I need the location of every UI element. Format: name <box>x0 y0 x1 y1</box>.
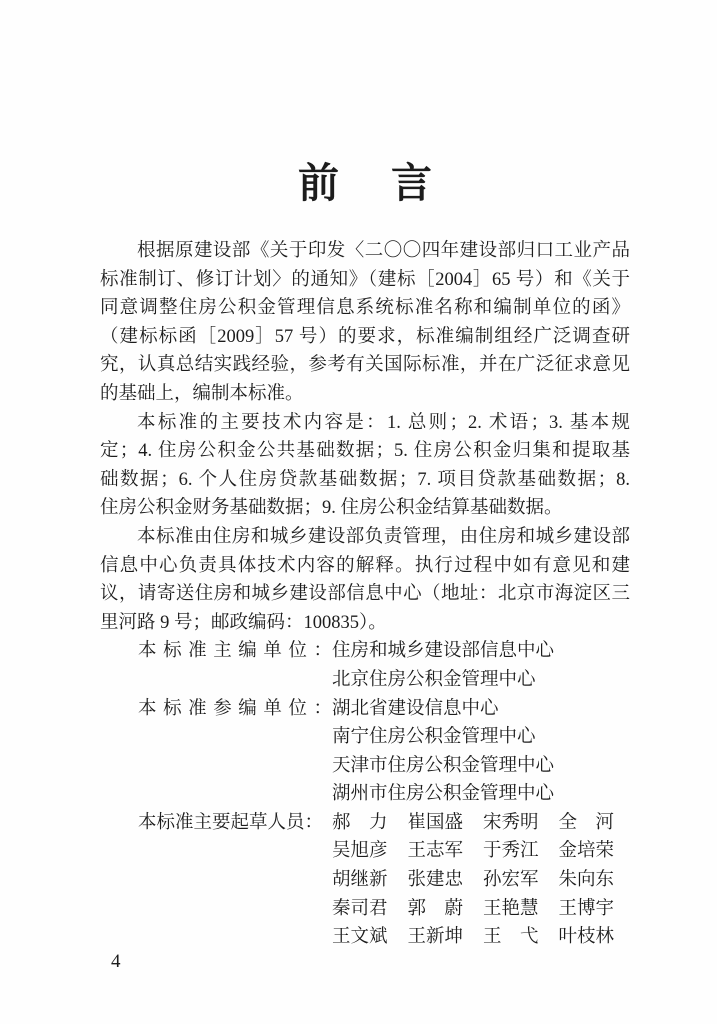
paragraph-line: 里河路 9 号；邮政编码：100835）。 <box>100 609 630 638</box>
drafter-name: 王志军 <box>407 837 463 866</box>
drafter-name: 王艳慧 <box>483 895 539 924</box>
credit-values: 住房和城乡建设部信息中心北京住房公积金管理中心 <box>332 637 630 694</box>
paragraph: 根据原建设部《关于印发〈二〇〇四年建设部归口工业产品标准制订、修订计划〉的通知》… <box>100 237 630 409</box>
paragraph: 本标准的主要技术内容是：1. 总则；2. 术语；3. 基本规定；4. 住房公积金… <box>100 409 630 523</box>
credit-entry: 南宁住房公积金管理中心 <box>332 723 630 752</box>
drafter-name: 王新坤 <box>407 923 463 952</box>
credit-label: 本标准主编单位： <box>138 637 332 666</box>
credit-label: 本标准主要起草人员： <box>138 809 332 838</box>
drafter-name: 于秀江 <box>483 837 539 866</box>
drafter-name: 叶枝林 <box>558 923 614 952</box>
credit-row: 本标准主要起草人员：郝 力崔国盛宋秀明全 河吴旭彦王志军于秀江金培荣胡继新张建忠… <box>138 809 630 952</box>
paragraph-line: 同意调整住房公积金管理信息系统标准名称和编制单位的函》 <box>100 294 630 323</box>
drafter-name: 郝 力 <box>332 809 388 838</box>
title-char-first: 前 <box>298 150 339 209</box>
credit-entry: 天津市住房公积金管理中心 <box>332 752 630 781</box>
paragraph: 本标准由住房和城乡建设部负责管理，由住房和城乡建设部信息中心负责具体技术内容的解… <box>100 523 630 637</box>
drafter-name: 王博宇 <box>558 895 614 924</box>
credits-section: 本标准主编单位：住房和城乡建设部信息中心北京住房公积金管理中心本标准参编单位：湖… <box>100 637 630 952</box>
paragraph-line: 本标准的主要技术内容是：1. 总则；2. 术语；3. 基本规 <box>100 409 630 438</box>
drafter-name: 秦司君 <box>332 895 388 924</box>
paragraph-line: 的基础上，编制本标准。 <box>100 380 630 409</box>
credit-values: 郝 力崔国盛宋秀明全 河吴旭彦王志军于秀江金培荣胡继新张建忠孙宏军朱向东秦司君郭… <box>332 809 630 952</box>
drafter-name-row: 王文斌王新坤王 弋叶枝林 <box>332 923 614 952</box>
drafter-name: 崔国盛 <box>407 809 463 838</box>
credit-values: 湖北省建设信息中心南宁住房公积金管理中心天津市住房公积金管理中心湖州市住房公积金… <box>332 695 630 809</box>
paragraph-line: 定；4. 住房公积金公共基础数据；5. 住房公积金归集和提取基 <box>100 437 630 466</box>
drafter-name: 金培荣 <box>558 837 614 866</box>
credit-label: 本标准参编单位： <box>138 695 332 724</box>
document-page: 前 言 根据原建设部《关于印发〈二〇〇四年建设部归口工业产品标准制订、修订计划〉… <box>0 0 717 1024</box>
paragraph-line: 本标准由住房和城乡建设部负责管理，由住房和城乡建设部 <box>100 523 630 552</box>
drafter-name-row: 吴旭彦王志军于秀江金培荣 <box>332 837 614 866</box>
drafter-name-row: 胡继新张建忠孙宏军朱向东 <box>332 866 614 895</box>
drafter-name: 王文斌 <box>332 923 388 952</box>
drafter-name: 宋秀明 <box>483 809 539 838</box>
drafter-name: 王 弋 <box>483 923 539 952</box>
drafter-name: 朱向东 <box>558 866 614 895</box>
drafter-name: 孙宏军 <box>483 866 539 895</box>
credit-entry: 北京住房公积金管理中心 <box>332 666 630 695</box>
paragraph-line: 究，认真总结实践经验，参考有关国际标准，并在广泛征求意见 <box>100 351 630 380</box>
credit-row: 本标准参编单位：湖北省建设信息中心南宁住房公积金管理中心天津市住房公积金管理中心… <box>138 695 630 809</box>
drafter-name: 全 河 <box>558 809 614 838</box>
paragraph-line: 标准制订、修订计划〉的通知》（建标［2004］65 号）和《关于 <box>100 266 630 295</box>
credit-entry: 住房和城乡建设部信息中心 <box>332 637 630 666</box>
drafter-name-row: 郝 力崔国盛宋秀明全 河 <box>332 809 614 838</box>
credit-entry: 湖北省建设信息中心 <box>332 695 630 724</box>
paragraph-line: 根据原建设部《关于印发〈二〇〇四年建设部归口工业产品 <box>100 237 630 266</box>
credit-row: 本标准主编单位：住房和城乡建设部信息中心北京住房公积金管理中心 <box>138 637 630 694</box>
paragraph-line: 住房公积金财务基础数据；9. 住房公积金结算基础数据。 <box>100 494 630 523</box>
foreword-body: 根据原建设部《关于印发〈二〇〇四年建设部归口工业产品标准制订、修订计划〉的通知》… <box>100 237 630 952</box>
drafter-name: 胡继新 <box>332 866 388 895</box>
paragraph-line: 信息中心负责具体技术内容的解释。执行过程中如有意见和建 <box>100 552 630 581</box>
paragraph-line: 议，请寄送住房和城乡建设部信息中心（地址：北京市海淀区三 <box>100 580 630 609</box>
drafter-name-row: 秦司君郭 蔚王艳慧王博宇 <box>332 895 614 924</box>
page-number: 4 <box>111 951 121 973</box>
paragraph-line: 础数据；6. 个人住房贷款基础数据；7. 项目贷款基础数据；8. <box>100 466 630 495</box>
drafter-name: 郭 蔚 <box>407 895 463 924</box>
drafter-name: 张建忠 <box>407 866 463 895</box>
credit-entry: 湖州市住房公积金管理中心 <box>332 780 630 809</box>
page-title: 前 言 <box>100 150 630 209</box>
paragraphs: 根据原建设部《关于印发〈二〇〇四年建设部归口工业产品标准制订、修订计划〉的通知》… <box>100 237 630 637</box>
title-char-second: 言 <box>391 150 432 209</box>
paragraph-line: （建标标函［2009］57 号）的要求，标准编制组经广泛调查研 <box>100 323 630 352</box>
drafter-name: 吴旭彦 <box>332 837 388 866</box>
